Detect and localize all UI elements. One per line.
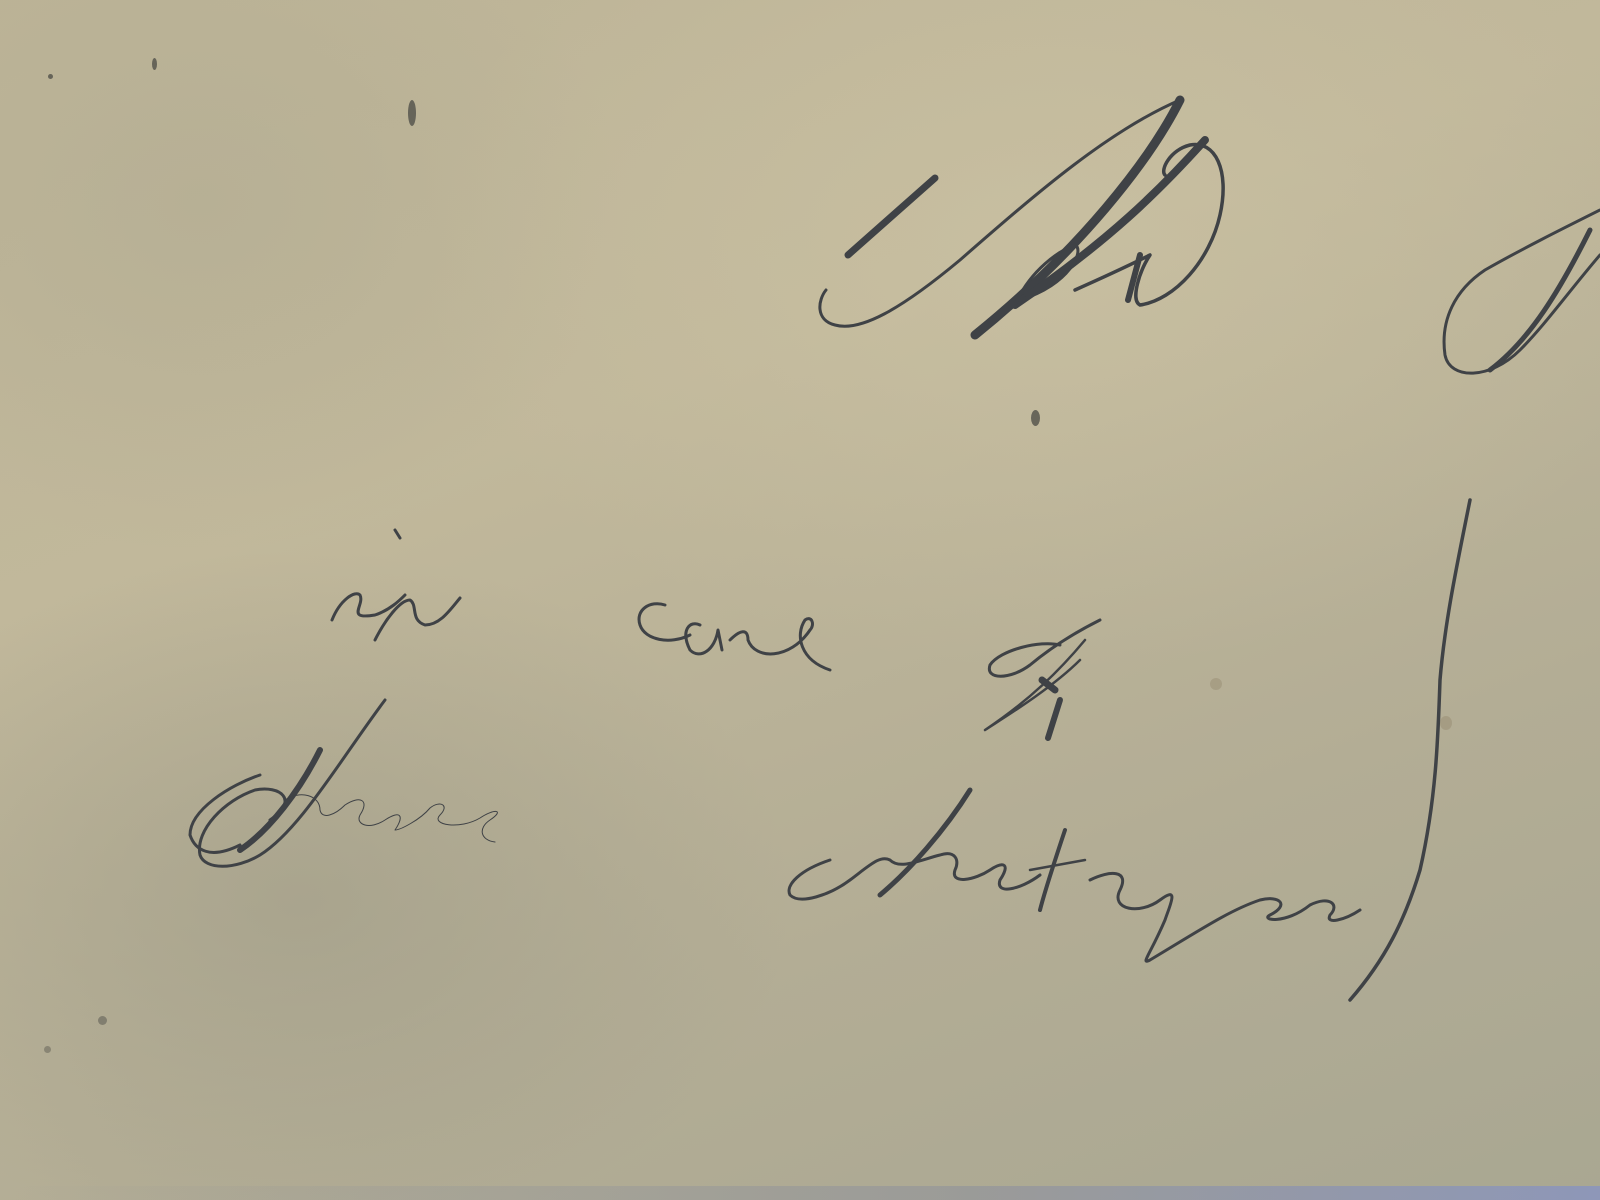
handwriting-james-hartzer	[190, 700, 1360, 961]
handwriting-bracket	[1350, 500, 1470, 1000]
handwriting-partial-s	[1444, 210, 1600, 373]
handwriting-mrs	[820, 100, 1223, 335]
envelope-edge-strip	[0, 1186, 1600, 1200]
envelope-photo: Mrs S in care of James Hartzer	[0, 0, 1600, 1200]
handwriting	[0, 0, 1600, 1200]
handwriting-in-care-of	[332, 530, 1100, 738]
